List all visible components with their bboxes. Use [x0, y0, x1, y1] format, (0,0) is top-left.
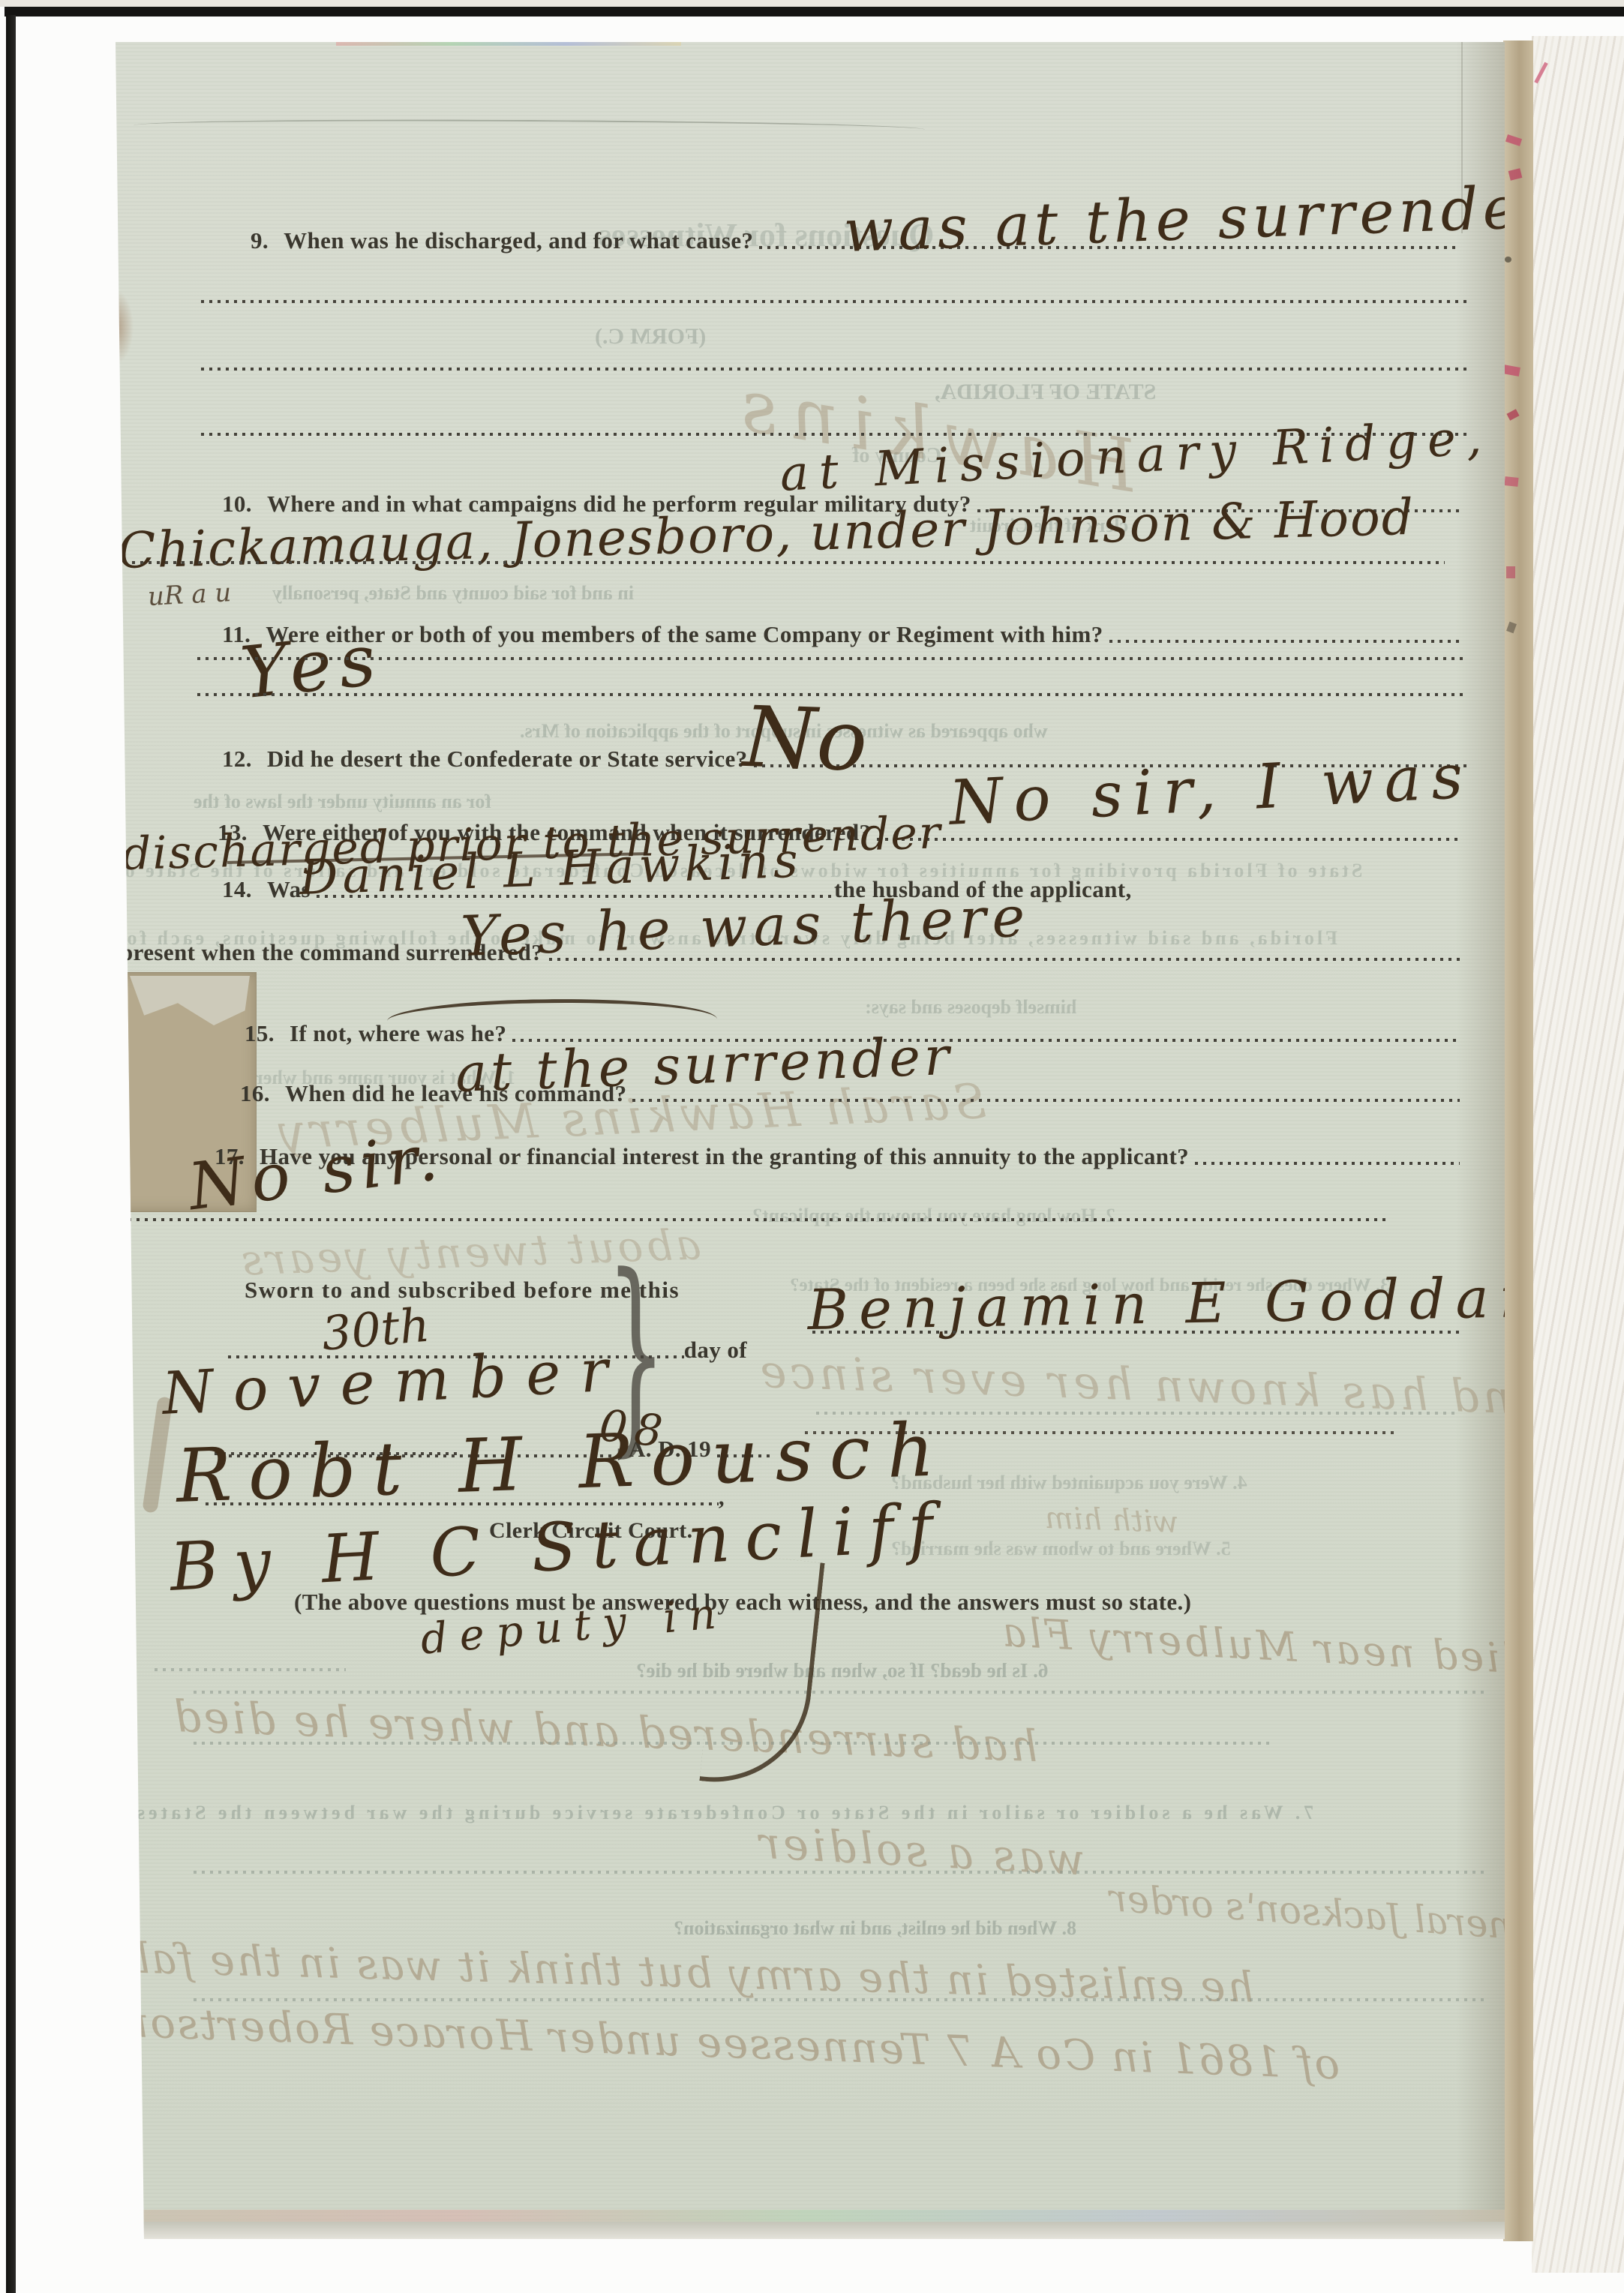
bottom-edge-line: [111, 2222, 1505, 2239]
ghost-annuity-clause: for an annuity under the laws of the: [194, 791, 491, 813]
ghost-q8: 8. When did he enlist, and in what organ…: [674, 1917, 1076, 1940]
question-11-answer: Yes: [237, 618, 387, 715]
ghost-dotted-line: [155, 1668, 346, 1671]
ghost-script-q7: was a soldier: [755, 1817, 1086, 1886]
question-15-number: 15.: [245, 1020, 275, 1047]
ghost-deposes: himself deposes and says:: [865, 996, 1076, 1019]
red-mark: [1504, 476, 1518, 487]
stain: [108, 290, 134, 365]
tape-torn-area: [130, 976, 250, 1025]
scanner-left-bar: [6, 15, 16, 2293]
question-16-number: 16.: [240, 1080, 270, 1107]
ghost-q7: 7. Was he a soldier or sailor in the Sta…: [120, 1802, 1313, 1824]
scanner-top-bar: [5, 7, 1624, 17]
blank-dotted-line: [201, 368, 1469, 371]
question-10-number: 10.: [222, 491, 252, 518]
dotted-answer-line: [132, 561, 1445, 564]
scanner-top-strip: [0, 0, 1624, 7]
pencil-speck: [1505, 257, 1511, 263]
dotted-answer-line: [1195, 1162, 1460, 1165]
question-11: 11. Were either or both of you members o…: [222, 621, 1460, 648]
ghost-county-clause: in and for said county and State, person…: [272, 582, 634, 605]
blank-dotted-line: [201, 300, 1469, 303]
form-sheet: Questions for Witnesses (FORM C.) STATE …: [111, 42, 1505, 2239]
scanned-document-page: Questions for Witnesses (FORM C.) STATE …: [0, 0, 1624, 2293]
crease-line: [134, 118, 925, 137]
dotted-answer-line: [632, 1099, 1460, 1102]
signature-dotted-line: [812, 1331, 1461, 1334]
bottom-edge-shimmer: [111, 2210, 1505, 2222]
question-11-label: Were either or both of you members of th…: [266, 621, 1103, 648]
page-stack-edge: [1532, 36, 1624, 2273]
ghost-q2: 2. How long have you known the applicant…: [752, 1205, 1115, 1227]
stain: [111, 1272, 132, 1370]
ghost-form-c: (FORM C.): [595, 324, 706, 350]
ghost-dotted-line: [194, 1691, 1484, 1694]
question-9-number: 9.: [251, 227, 269, 254]
question-14-number: 14.: [222, 876, 252, 903]
top-edge-shimmer: [336, 42, 681, 46]
ghost-script-q8c: of 1861 in Co A 7 Tennessee under Horace…: [119, 1998, 1340, 2090]
ghost-script-ans4: with him: [1044, 1501, 1179, 1540]
blank-dotted-line: [120, 1218, 1388, 1221]
dotted-answer-line: [1109, 640, 1460, 643]
ghost-dotted-line: [194, 1998, 1484, 2001]
ink-dash-flourish: [387, 996, 718, 1031]
blank-dotted-line: [197, 657, 1465, 660]
question-9-label: When was he discharged, and for what cau…: [284, 227, 753, 254]
question-10-scribble: uR a u: [147, 578, 232, 612]
question-12-number: 12.: [222, 746, 252, 773]
red-mark: [1506, 566, 1515, 578]
ghost-dotted-line: [194, 1871, 1484, 1874]
question-12-answer: No: [741, 689, 869, 791]
ghost-q6: 6. Is he dead? If so, when and where did…: [636, 1659, 1048, 1682]
day-of-label: day of: [684, 1337, 747, 1364]
ghost-script-q6b: had surrendered and where he died: [170, 1691, 1039, 1772]
question-12-label: Did he desert the Confederate or State s…: [267, 746, 748, 773]
